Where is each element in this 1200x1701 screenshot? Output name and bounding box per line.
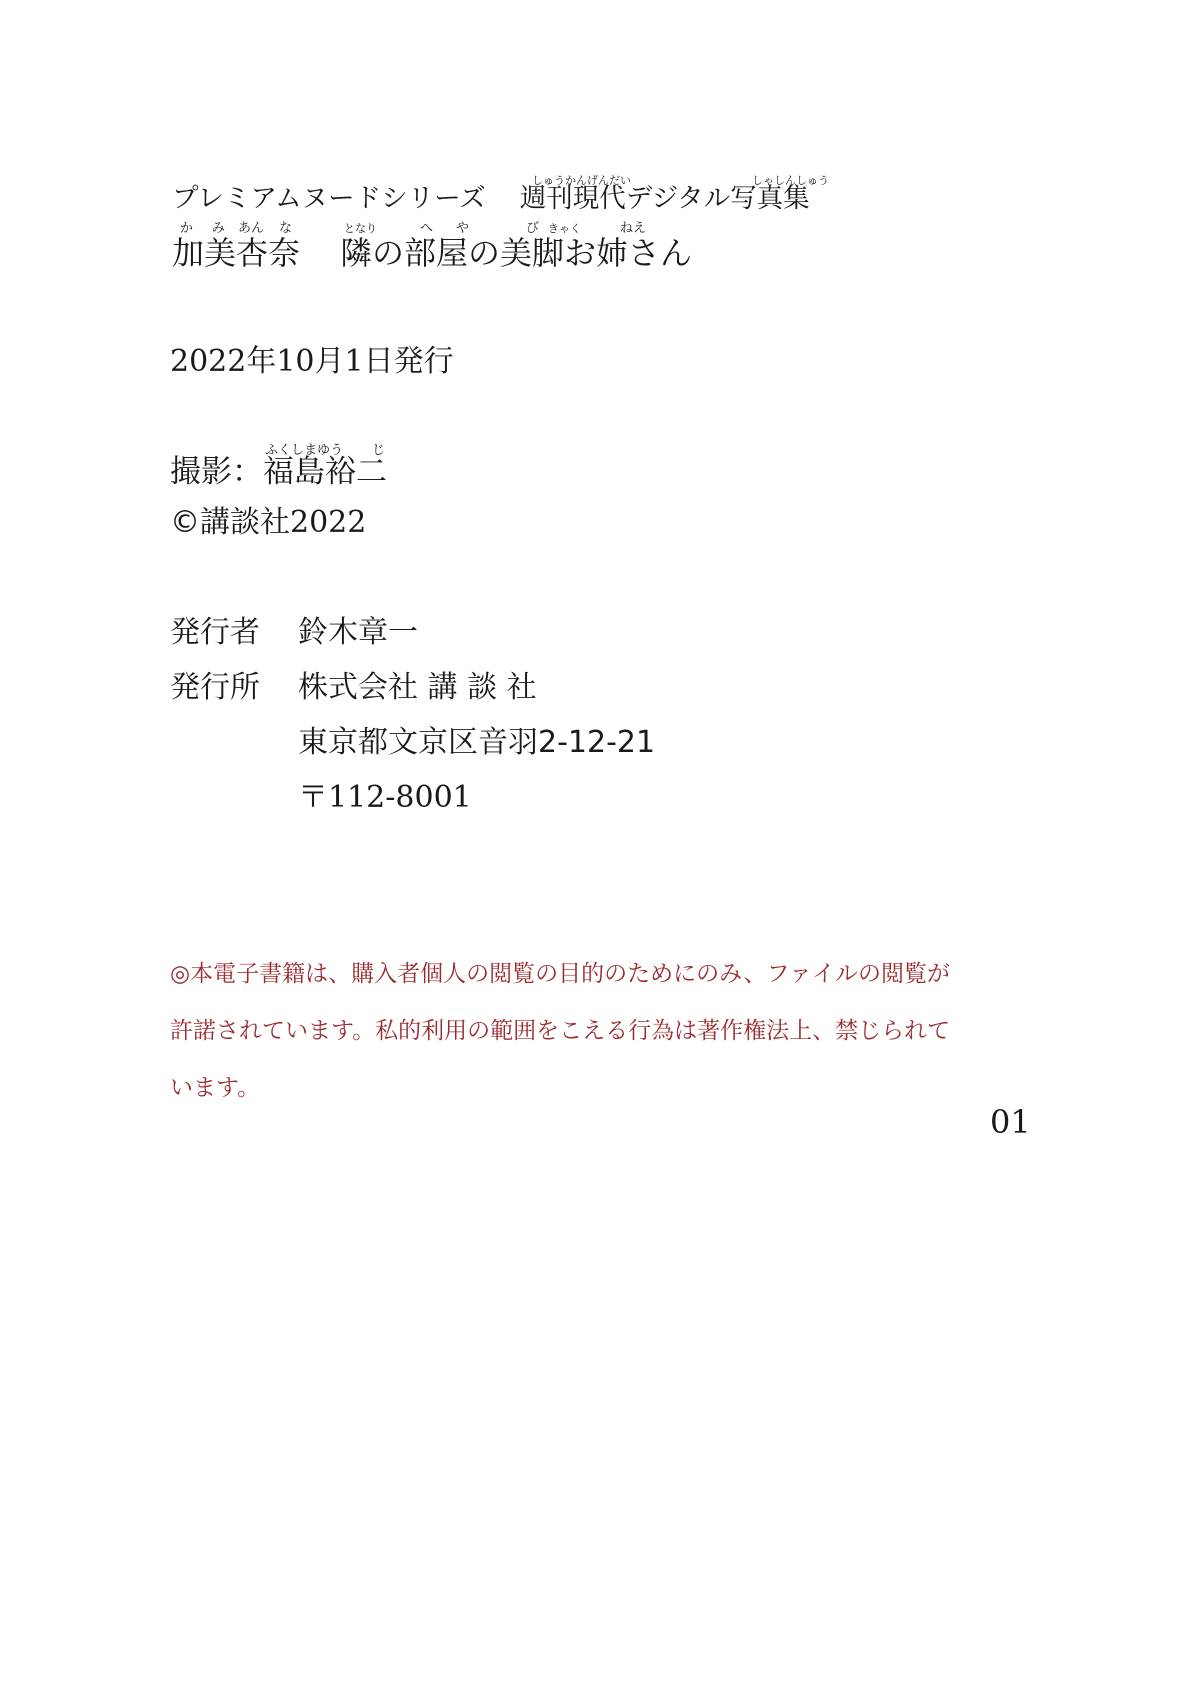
colophon-page: しゅうかんげんだい しゃしんしゅう プレミアムヌードシリーズ週刊現代デジタル写真… [0,0,1200,1701]
model-name: 加美杏奈 [172,234,300,272]
office-name: 株式会社 講 談 社 [298,673,537,703]
book-subtitle: 隣の部屋の美脚お姉さん [340,234,692,272]
postal-code: 〒112-8001 [298,783,472,813]
copyright-year: 2022 [290,505,366,540]
book-title: 加美杏奈隣の部屋の美脚お姉さん [172,237,692,269]
series-name: プレミアムヌードシリーズ [172,183,486,214]
notice-line-2: 許諾されています。私的利用の範囲をこえる行為は著作権法上、禁じられて [170,1003,1040,1060]
imprint-name: 週刊現代デジタル写真集 [520,183,810,214]
office-address: 東京都文京区音羽2-12-21 [298,728,655,758]
photographer-name: 福島裕二 [263,454,387,490]
subtitle-ruby-5: きゃく [548,223,581,234]
series-title: プレミアムヌードシリーズ週刊現代デジタル写真集 [172,186,810,213]
copyright-holder: ©講談社 [170,505,290,540]
photographer-label: 撮影： [170,454,263,490]
copyright-notice: ©講談社2022 [170,508,366,538]
usage-notice: ◎本電子書籍は、購入者個人の閲覧の目的のためにのみ、ファイルの閲覧が 許諾されて… [170,946,1040,1117]
notice-line-3: います。 [170,1060,1040,1117]
notice-line-1: ◎本電子書籍は、購入者個人の閲覧の目的のためにのみ、ファイルの閲覧が [170,946,1040,1003]
publisher-name: 鈴木章一 [298,618,418,648]
subtitle-ruby-1: となり [344,223,377,234]
office-label: 発行所 [170,673,260,703]
page-number: 01 [990,1106,1031,1138]
photographer-credit: 撮影：福島裕二 [170,457,387,488]
publisher-label: 発行者 [170,618,260,648]
address-number: 2-12-21 [538,725,655,760]
address-text: 東京都文京区音羽 [298,725,538,760]
publication-date: 2022年10月1日発行 [170,347,454,377]
